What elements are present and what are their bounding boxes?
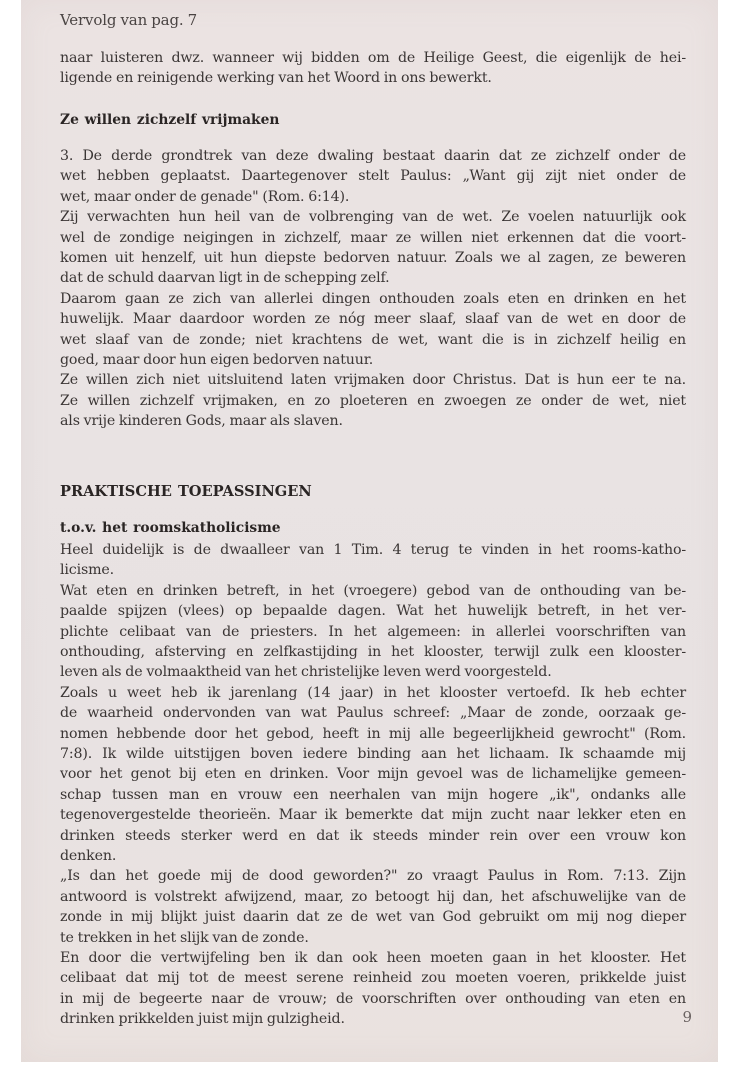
paragraph-line: wet slaaf van de zonde; niet krachtens d… xyxy=(60,330,686,350)
paragraph-line: denken. xyxy=(60,846,686,866)
paragraph-line: paalde spijzen (vlees) op bepaalde dagen… xyxy=(60,601,686,621)
paragraph-line: als vrije kinderen Gods, maar als slaven… xyxy=(60,411,686,431)
paragraph-line: naar luisteren dwz. wanneer wij bidden o… xyxy=(60,48,686,68)
paragraph-line: goed, maar door hun eigen bedorven natuu… xyxy=(60,350,686,370)
section-subheading: t.o.v. het roomskatholicisme xyxy=(60,518,686,538)
page-number: 9 xyxy=(682,1008,692,1026)
book-page: Vervolg van pag. 7 naar luisteren dwz. w… xyxy=(21,0,718,1062)
paragraph-line: dat de schuld daarvan ligt in de scheppi… xyxy=(60,268,686,288)
paragraph-line: wel de zondige neigingen in zichzelf, ma… xyxy=(60,228,686,248)
paragraph-line: tegenovergestelde theorieën. Maar ik bem… xyxy=(60,805,686,825)
paragraph-line: 3. De derde grondtrek van deze dwaling b… xyxy=(60,146,686,166)
paragraph-line: En door die vertwijfeling ben ik dan ook… xyxy=(60,948,686,968)
paragraph-line: schap tussen man en vrouw een neerhalen … xyxy=(60,785,686,805)
paragraph-line: onthouding, afsterving en zelfkastijding… xyxy=(60,642,686,662)
paragraph-line: de waarheid ondervonden van wat Paulus s… xyxy=(60,703,686,723)
paragraph-line: „Is dan het goede mij de dood geworden?"… xyxy=(60,866,686,886)
paragraph-line: huwelijk. Maar daardoor worden ze nóg me… xyxy=(60,309,686,329)
paragraph-line: nomen hebbende door het gebod, heeft in … xyxy=(60,724,686,744)
paragraph-line: 7:8). Ik wilde uitstijgen boven iedere b… xyxy=(60,744,686,764)
paragraph-line: Zoals u weet heb ik jarenlang (14 jaar) … xyxy=(60,683,686,703)
paragraph-line: drinken steeds sterker werd en dat ik st… xyxy=(60,826,686,846)
continuation-note: Vervolg van pag. 7 xyxy=(60,10,686,30)
paragraph-line: Ze willen zich niet uitsluitend laten vr… xyxy=(60,370,686,390)
paragraph-line: in mij de begeerte naar de vrouw; de voo… xyxy=(60,989,686,1009)
paragraph-line: Wat eten en drinken betreft, in het (vro… xyxy=(60,581,686,601)
paragraph-line: zonde in mij blijkt juist daarin dat ze … xyxy=(60,907,686,927)
paragraph-line: Ze willen zichzelf vrijmaken, en zo ploe… xyxy=(60,391,686,411)
paragraph-line: leven als de volmaaktheid van het christ… xyxy=(60,662,686,682)
paragraph-line: celibaat dat mij tot de meest serene rei… xyxy=(60,968,686,988)
paragraph-line: komen uit henzelf, uit hun diepste bedor… xyxy=(60,248,686,268)
paragraph-line: Daarom gaan ze zich van allerlei dingen … xyxy=(60,289,686,309)
paragraph-line: voor het genot bij eten en drinken. Voor… xyxy=(60,764,686,784)
paragraph-line: wet hebben geplaatst. Daartegenover stel… xyxy=(60,166,686,186)
paragraph-line: plichte celibaat van de priesters. In he… xyxy=(60,622,686,642)
paragraph-line: Zij verwachten hun heil van de volbrengi… xyxy=(60,207,686,227)
paragraph-line: drinken prikkelden juist mijn gulzigheid… xyxy=(60,1009,686,1029)
paragraph-line: Heel duidelijk is de dwaalleer van 1 Tim… xyxy=(60,540,686,560)
paragraph-line: te trekken in het slijk van de zonde. xyxy=(60,928,686,948)
paragraph-line: licisme. xyxy=(60,560,686,580)
section-heading-main: PRAKTISCHE TOEPASSINGEN xyxy=(60,482,686,502)
paragraph-line: antwoord is volstrekt afwijzend, maar, z… xyxy=(60,887,686,907)
paragraph-line: ligende en reinigende werking van het Wo… xyxy=(60,68,686,88)
section-heading: Ze willen zichzelf vrijmaken xyxy=(60,110,686,130)
paragraph-line: wet, maar onder de genade" (Rom. 6:14). xyxy=(60,187,686,207)
